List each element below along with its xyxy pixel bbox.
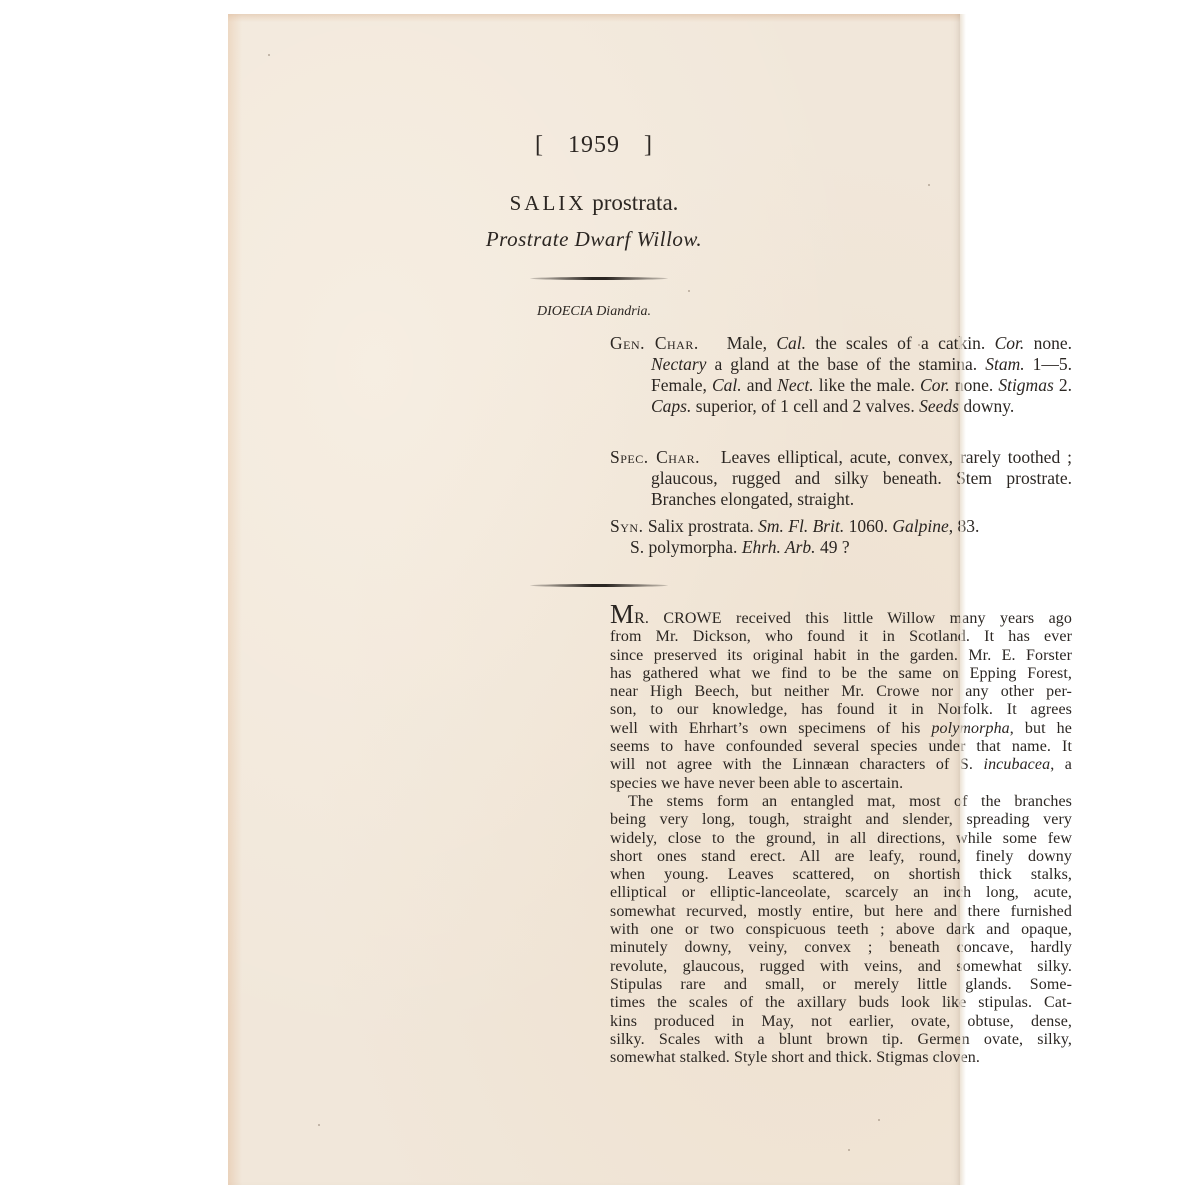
paragraph-line: minutely downy, veiny, convex ; beneath … (610, 939, 1072, 957)
text-run: the scales of a catkin. (806, 333, 995, 353)
text-run: received this little Willow many years a… (722, 610, 1072, 627)
paragraph-line: short ones stand erect. All are leafy, r… (610, 848, 1072, 866)
paper-speck (848, 1149, 850, 1151)
paragraph-line: since preserved its original habit in th… (610, 647, 1072, 665)
text-run: Cal. (712, 375, 742, 395)
species-title: SALIX prostrata. (228, 190, 960, 216)
paragraph-line: will not agree with the Linnæan characte… (610, 756, 1072, 774)
text-run: like the male. (814, 375, 920, 395)
text-run: Seeds (919, 396, 959, 416)
paragraph-line: when young. Leaves scattered, on shortis… (610, 866, 1072, 884)
reference-number: 1060. (844, 516, 892, 536)
ornamental-rule-top (530, 277, 668, 280)
lead-words: R. CROWE (634, 610, 722, 627)
paragraph-line: silky. Scales with a blunt brown tip. Ge… (610, 1031, 1072, 1049)
paper-speck (268, 54, 270, 56)
page-number: [1959] (228, 132, 960, 159)
species-epithet: prostrata. (592, 190, 678, 215)
paragraph-line: seems to have confounded several species… (610, 738, 1072, 756)
paragraph-line: times the scales of the axillary buds lo… (610, 994, 1072, 1012)
paragraph-line: from Mr. Dickson, who found it in Scotla… (610, 628, 1072, 646)
synonym-name: Salix prostrata. (648, 516, 758, 536)
paragraph-line: kins produced in May, not earlier, ovate… (610, 1013, 1072, 1031)
plate-number: 1959 (568, 132, 620, 158)
synonyms: Syn. Salix prostrata. Sm. Fl. Brit. 1060… (610, 516, 1072, 558)
paragraph-line: species we have never been able to ascer… (610, 775, 1072, 793)
text-run: Stam. (985, 354, 1024, 374)
common-name: Prostrate Dwarf Willow. (228, 227, 960, 252)
synonym-name: S. polymorpha. (630, 537, 742, 557)
paper-speck (878, 1119, 880, 1121)
paragraph-line: somewhat recurved, mostly entire, but he… (610, 903, 1072, 921)
paragraph-line: being very long, tough, straight and sle… (610, 811, 1072, 829)
text-run: superior, of 1 cell and 2 valves. (691, 396, 919, 416)
text-run: well with Ehrhart’s own specimens of his (610, 720, 931, 737)
paragraph-line: well with Ehrhart’s own specimens of his… (610, 720, 1072, 738)
generic-character: Gen. Char. Male, Cal. the scales of a ca… (610, 333, 1072, 417)
text-run: Cor. (995, 333, 1025, 353)
text-run: and (742, 375, 777, 395)
ornamental-rule-bottom (530, 584, 668, 587)
paragraph-line: MR. CROWE received this little Willow ma… (610, 606, 1072, 628)
text-run: , but he (1010, 720, 1072, 737)
text-run: incubacea (984, 756, 1051, 773)
text-run: Stigmas (998, 375, 1053, 395)
synonyms-label: Syn. (610, 516, 643, 536)
paper-speck (918, 344, 920, 346)
reference: Sm. Fl. Brit. (758, 516, 844, 536)
specific-character-text: Leaves elliptical, acute, convex, rarely… (651, 447, 1072, 509)
genus-name: SALIX (510, 191, 587, 215)
open-bracket: [ (535, 132, 544, 158)
paper-speck (688, 290, 690, 292)
paragraph-line: Stipulas rare and small, or merely littl… (610, 976, 1072, 994)
paper-speck (928, 184, 930, 186)
paragraph-line: with one or two conspicuous teeth ; abov… (610, 921, 1072, 939)
text-run: Nect. (777, 375, 813, 395)
reference-number: 49 ? (816, 537, 850, 557)
text-run: Cor. (920, 375, 950, 395)
book-page: [1959] SALIX prostrata. Prostrate Dwarf … (228, 14, 960, 1185)
specific-character: Spec. Char. Leaves elliptical, acute, co… (610, 447, 1072, 510)
description-body: MR. CROWE received this little Willow ma… (610, 606, 1072, 1067)
close-bracket: ] (644, 132, 653, 158)
text-run: polymorpha (931, 720, 1009, 737)
text-run: none. (1024, 333, 1072, 353)
text-run: will not agree with the Linnæan characte… (610, 756, 984, 773)
linnaean-classification: DIOECIA Diandria. (228, 304, 960, 320)
text-run: Male, (727, 333, 777, 353)
paragraph-line: has gathered what we find to be the same… (610, 665, 1072, 683)
text-run: 2. (1054, 375, 1072, 395)
paper-speck (318, 1124, 320, 1126)
paragraph-line: revolute, glaucous, rugged with veins, a… (610, 958, 1072, 976)
reference: Galpine (892, 516, 948, 536)
drop-cap: M (610, 599, 634, 629)
paragraph-line: elliptical or elliptic-lanceolate, scarc… (610, 884, 1072, 902)
generic-character-label: Gen. Char. (610, 333, 699, 353)
class-name: DIOECIA (537, 304, 593, 319)
paragraph-line: somewhat stalked. Style short and thick.… (610, 1049, 1072, 1067)
text-run: a gland at the base of the stamina. (706, 354, 985, 374)
text-run: Nectary (651, 354, 706, 374)
text-run: Cal. (776, 333, 806, 353)
order-name: Diandria. (596, 304, 651, 319)
paragraph-line: The stems form an entangled mat, most of… (610, 793, 1072, 811)
text-run: , a (1050, 756, 1072, 773)
paragraph-line: near High Beech, but neither Mr. Crowe n… (610, 683, 1072, 701)
reference-number: , 83. (949, 516, 980, 536)
specific-character-label: Spec. Char. (610, 447, 700, 467)
text-run: downy. (959, 396, 1014, 416)
paragraph-line: son, to our knowledge, has found it in N… (610, 701, 1072, 719)
text-run: Caps. (651, 396, 691, 416)
paragraph-line: widely, close to the ground, in all dire… (610, 830, 1072, 848)
reference: Ehrh. Arb. (742, 537, 816, 557)
text-run: none. (950, 375, 999, 395)
